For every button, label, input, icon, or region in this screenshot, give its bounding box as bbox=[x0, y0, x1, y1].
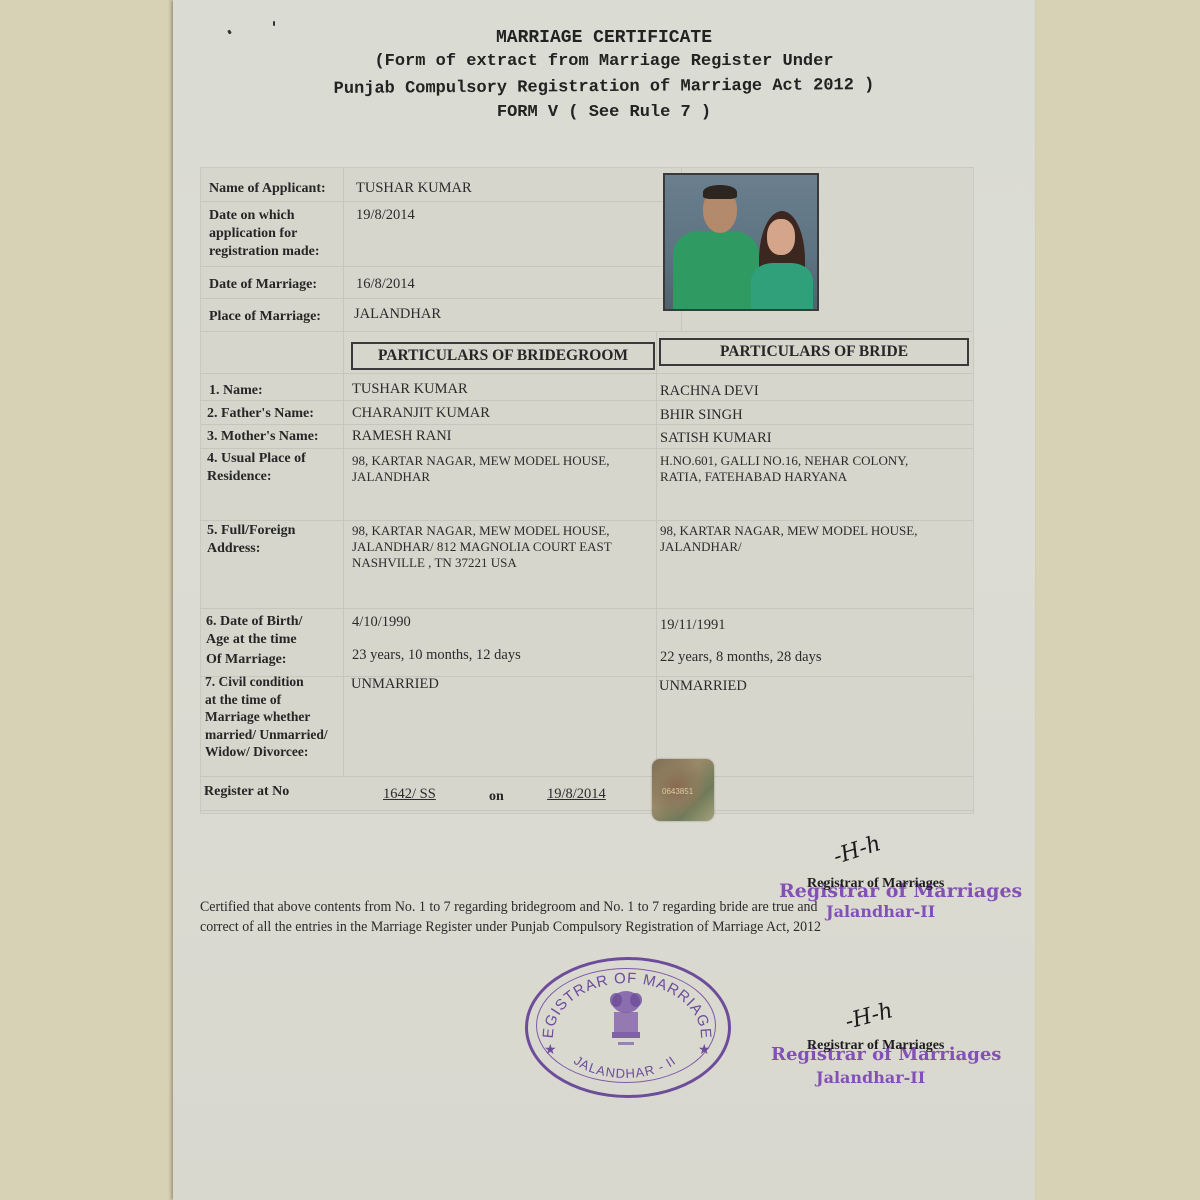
svg-text:JALANDHAR - II: JALANDHAR - II bbox=[571, 1053, 679, 1081]
bride-name: RACHNA DEVI bbox=[660, 383, 759, 400]
groom-mother-name: RAMESH RANI bbox=[352, 428, 452, 445]
seal-star-left-icon: ★ bbox=[544, 1042, 557, 1059]
bride-foreign-address: 98, KARTAR NAGAR, MEW MODEL HOUSE, JALAN… bbox=[660, 523, 917, 555]
document-subtitle-line1: (Form of extract from Marriage Register … bbox=[173, 52, 1035, 71]
bride-civil-condition: UNMARRIED bbox=[659, 678, 747, 695]
seal-star-right-icon: ★ bbox=[698, 1042, 711, 1059]
bride-figure bbox=[751, 263, 813, 311]
bride-header: PARTICULARS OF BRIDE bbox=[659, 338, 969, 366]
registrar-stamp-2-line2: Jalandhar-II bbox=[816, 1068, 925, 1087]
register-number: 1642/ SS bbox=[383, 786, 436, 803]
document-title: MARRIAGE CERTIFICATE bbox=[173, 28, 1035, 48]
couple-photo bbox=[663, 173, 819, 311]
certificate-paper: MARRIAGE CERTIFICATE (Form of extract fr… bbox=[173, 0, 1035, 1200]
register-label: Register at No bbox=[204, 783, 289, 801]
register-date: 19/8/2014 bbox=[547, 786, 606, 803]
civil-condition-label: 7. Civil condition at the time of Marria… bbox=[205, 673, 328, 761]
groom-dob: 4/10/1990 bbox=[352, 614, 411, 631]
groom-age: 23 years, 10 months, 12 days bbox=[352, 647, 521, 664]
applicant-label: Name of Applicant: bbox=[209, 180, 326, 198]
application-date-value: 19/8/2014 bbox=[356, 207, 415, 224]
name-label: 1. Name: bbox=[209, 382, 263, 400]
application-date-label: Date on which application for registrati… bbox=[209, 207, 320, 261]
groom-foreign-address: 98, KARTAR NAGAR, MEW MODEL HOUSE, JALAN… bbox=[352, 523, 612, 571]
groom-name: TUSHAR KUMAR bbox=[352, 381, 468, 398]
bride-head bbox=[767, 219, 795, 255]
dob-age-label: 6. Date of Birth/ Age at the time Of Mar… bbox=[206, 613, 302, 669]
registrar-printed-name: Registrar of Marriages bbox=[807, 876, 944, 892]
marriage-place-label: Place of Marriage: bbox=[209, 308, 321, 326]
certification-statement: Certified that above contents from No. 1… bbox=[200, 898, 907, 937]
mother-name-label: 3. Mother's Name: bbox=[207, 428, 319, 446]
hologram-sticker-icon: 0643851 bbox=[652, 759, 714, 821]
hologram-number: 0643851 bbox=[662, 787, 693, 796]
registrar-printed-name-2: Registrar of Marriages bbox=[807, 1038, 944, 1054]
groom-hair bbox=[703, 185, 737, 199]
bride-mother-name: SATISH KUMARI bbox=[660, 430, 772, 447]
registrar-signature-2: -H-h bbox=[843, 998, 896, 1035]
groom-civil-condition: UNMARRIED bbox=[351, 676, 439, 693]
registrar-seal: REGISTRAR OF MARRIAGES JALANDHAR - II ★ … bbox=[525, 957, 731, 1098]
document-subtitle-line2: Punjab Compulsory Registration of Marria… bbox=[173, 75, 1035, 100]
applicant-value: TUSHAR KUMAR bbox=[356, 180, 472, 197]
register-on-label: on bbox=[489, 788, 504, 806]
groom-father-name: CHARANJIT KUMAR bbox=[352, 405, 490, 422]
foreign-address-label: 5. Full/Foreign Address: bbox=[207, 522, 295, 558]
bride-father-name: BHIR SINGH bbox=[660, 407, 743, 424]
bride-dob: 19/11/1991 bbox=[660, 617, 726, 634]
bride-age: 22 years, 8 months, 28 days bbox=[660, 649, 822, 666]
paper-speck bbox=[273, 21, 275, 26]
groom-figure bbox=[673, 231, 759, 311]
groom-residence: 98, KARTAR NAGAR, MEW MODEL HOUSE, JALAN… bbox=[352, 453, 609, 485]
marriage-date-value: 16/8/2014 bbox=[356, 276, 415, 293]
national-emblem-icon bbox=[604, 988, 648, 1054]
residence-label: 4. Usual Place of Residence: bbox=[207, 450, 306, 486]
form-reference: FORM V ( See Rule 7 ) bbox=[173, 103, 1035, 122]
marriage-date-label: Date of Marriage: bbox=[209, 276, 317, 294]
bridegroom-header: PARTICULARS OF BRIDEGROOM bbox=[351, 342, 655, 370]
marriage-place-value: JALANDHAR bbox=[354, 306, 441, 323]
father-name-label: 2. Father's Name: bbox=[207, 405, 314, 423]
registrar-signature: -H-h bbox=[830, 831, 884, 870]
bride-residence: H.NO.601, GALLI NO.16, NEHAR COLONY, RAT… bbox=[660, 453, 908, 485]
